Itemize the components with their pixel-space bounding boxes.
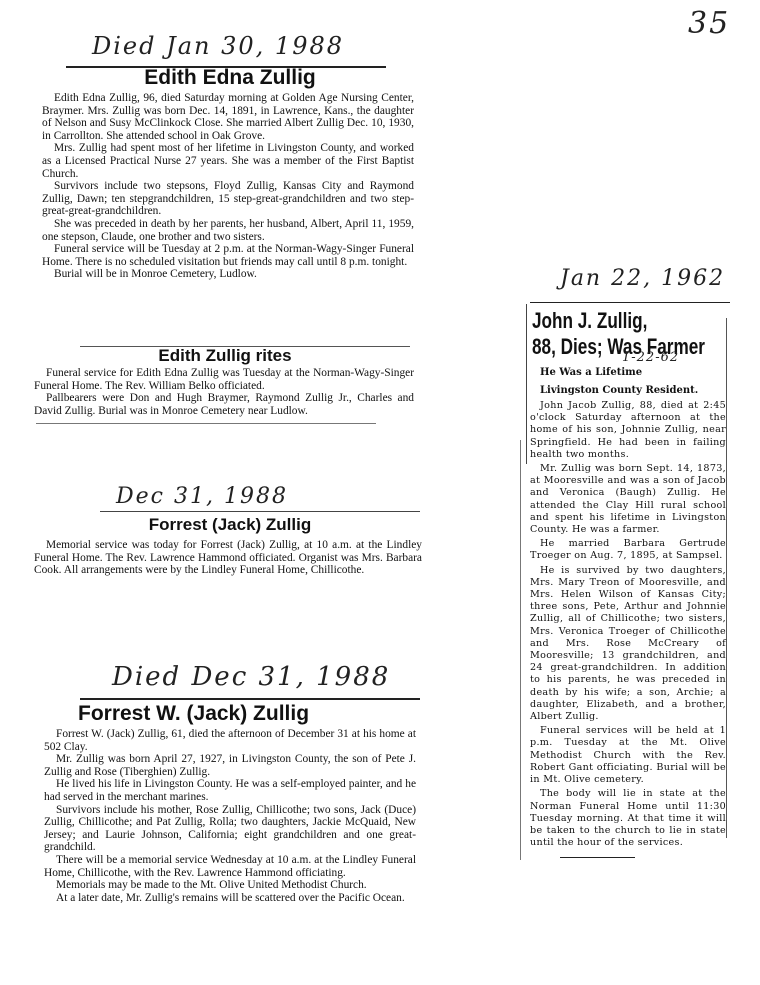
article-body: Funeral service for Edith Edna Zullig wa… (34, 367, 414, 417)
article-body: Forrest W. (Jack) Zullig, 61, died the a… (44, 728, 416, 904)
paragraph: Mr. Zullig was born April 27, 1927, in L… (44, 753, 416, 778)
rule (530, 302, 730, 303)
handwritten-date: Died Jan 30, 1988 (92, 32, 344, 60)
rule (36, 423, 376, 424)
paragraph: Burial will be in Monroe Cemetery, Ludlo… (42, 268, 414, 281)
paragraph: Pallbearers were Don and Hugh Braymer, R… (34, 392, 414, 417)
subhead: He Was a Lifetime Livingston County Resi… (540, 364, 698, 400)
subhead-line: He Was a Lifetime (540, 364, 698, 382)
paragraph: Edith Edna Zullig, 96, died Saturday mor… (42, 92, 414, 142)
paragraph: Forrest W. (Jack) Zullig, 61, died the a… (44, 728, 416, 753)
column-border (526, 304, 527, 464)
paragraph: Survivors include two stepsons, Floyd Zu… (42, 180, 414, 218)
subhead-line: Livingston County Resident. (540, 382, 698, 400)
paragraph: Mrs. Zullig had spent most of her lifeti… (42, 142, 414, 180)
handwritten-note: 1-22-62 (622, 350, 679, 365)
paragraph: John Jacob Zullig, 88, died at 2:45 o'cl… (530, 400, 726, 461)
headline: Edith Zullig rites (40, 346, 410, 366)
paragraph: He married Barbara Gertrude Troeger on A… (530, 538, 726, 562)
end-rule (560, 857, 635, 858)
paragraph: Funeral service for Edith Edna Zullig wa… (34, 367, 414, 392)
headline: Forrest (Jack) Zullig (40, 515, 420, 535)
handwritten-date: Jan 22, 1962 (560, 266, 725, 291)
paragraph: She was preceded in death by her parents… (42, 218, 414, 243)
column-border (520, 440, 521, 860)
headline-line: John J. Zullig, (532, 308, 705, 334)
paragraph: He is survived by two daughters, Mrs. Ma… (530, 565, 726, 724)
handwritten-date: Dec 31, 1988 (116, 484, 288, 509)
handwritten-page-number: 35 (688, 6, 730, 41)
paragraph: Mr. Zullig was born Sept. 14, 1873, at M… (530, 463, 726, 536)
rule (100, 511, 420, 512)
paragraph: The body will lie in state at the Norman… (530, 788, 726, 849)
headline: Edith Edna Zullig (60, 66, 400, 90)
paragraph: Funeral services will be held at 1 p.m. … (530, 725, 726, 786)
article-body: Edith Edna Zullig, 96, died Saturday mor… (42, 92, 414, 281)
paragraph: Memorials may be made to the Mt. Olive U… (44, 879, 416, 892)
paragraph: Memorial service was today for Forrest (… (34, 539, 422, 577)
article-body: John Jacob Zullig, 88, died at 2:45 o'cl… (530, 400, 726, 851)
rule (80, 698, 420, 700)
paragraph: There will be a memorial service Wednesd… (44, 854, 416, 879)
article-body: Memorial service was today for Forrest (… (34, 539, 422, 577)
column-border (726, 318, 727, 838)
paragraph: He lived his life in Livingston County. … (44, 778, 416, 803)
paragraph: Funeral service will be Tuesday at 2 p.m… (42, 243, 414, 268)
handwritten-date: Died Dec 31, 1988 (112, 662, 390, 692)
paragraph: Survivors include his mother, Rose Zulli… (44, 804, 416, 854)
paragraph: At a later date, Mr. Zullig's remains wi… (44, 892, 416, 905)
headline: Forrest W. (Jack) Zullig (48, 702, 418, 726)
